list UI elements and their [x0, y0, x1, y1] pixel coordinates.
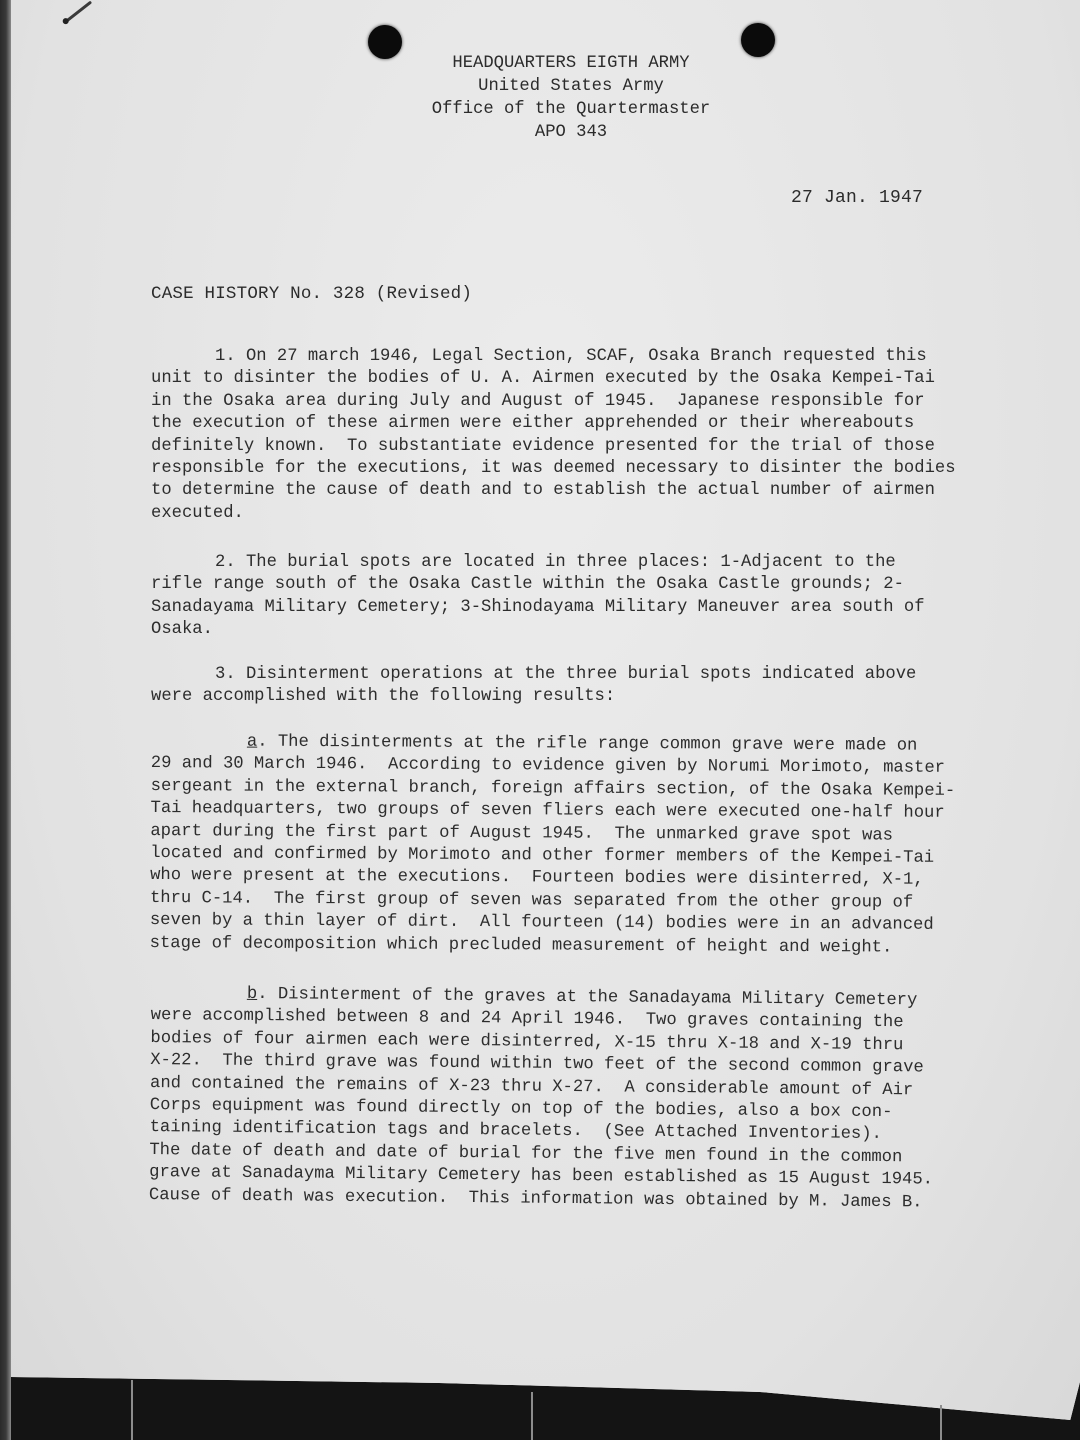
background-edge	[0, 0, 11, 1440]
floor-tile-seam	[940, 1405, 942, 1440]
letterhead-line: APO 343	[11, 121, 1080, 144]
text-line: 1. On 27 march 1946, Legal Section, SCAF…	[151, 346, 956, 368]
letterhead-line: HEADQUARTERS EIGTH ARMY	[11, 52, 1080, 75]
text-line: the execution of these airmen were eithe…	[151, 413, 956, 435]
subparagraph-label: b	[247, 985, 258, 1004]
floor-tile-seam	[531, 1392, 533, 1440]
document-page: HEADQUARTERS EIGTH ARMY United States Ar…	[11, 0, 1080, 1440]
paragraph-1: 1. On 27 march 1946, Legal Section, SCAF…	[151, 346, 956, 525]
ink-smudge	[65, 1, 92, 23]
text-line: Osaka.	[151, 619, 925, 641]
paragraph-2: 2. The burial spots are located in three…	[151, 552, 925, 642]
text-line: stage of decomposition which precluded m…	[150, 933, 955, 960]
text-line: 3. Disinterment operations at the three …	[151, 664, 916, 686]
text-line: to determine the cause of death and to e…	[151, 480, 956, 502]
text-line: 2. The burial spots are located in three…	[151, 552, 925, 574]
text-line: Sanadayama Military Cemetery; 3-Shinoday…	[151, 597, 925, 619]
subparagraph-a: a. The disinterments at the rifle range …	[150, 731, 956, 960]
text-line: rifle range south of the Osaka Castle wi…	[151, 574, 925, 596]
text-line: unit to disinter the bodies of U. A. Air…	[151, 368, 956, 390]
text-line: definitely known. To substantiate eviden…	[151, 436, 956, 458]
subparagraph-b: b. Disinterment of the graves at the San…	[149, 983, 935, 1215]
text-line: responsible for the executions, it was d…	[151, 458, 956, 480]
subparagraph-label: a	[247, 733, 257, 752]
text-line: in the Osaka area during July and August…	[151, 391, 956, 413]
paragraph-3: 3. Disinterment operations at the three …	[151, 664, 916, 709]
text-line: were accomplished with the following res…	[151, 686, 916, 708]
text-line: executed.	[151, 503, 956, 525]
letterhead: HEADQUARTERS EIGTH ARMY United States Ar…	[11, 52, 1080, 144]
floor-tile-seam	[131, 1380, 133, 1440]
document-date: 27 Jan. 1947	[791, 187, 923, 210]
document-subject: CASE HISTORY No. 328 (Revised)	[151, 283, 472, 306]
text-run: . The disinterments at the rifle range c…	[257, 733, 917, 756]
letterhead-line: United States Army	[11, 75, 1080, 98]
letterhead-line: Office of the Quartermaster	[11, 98, 1080, 121]
